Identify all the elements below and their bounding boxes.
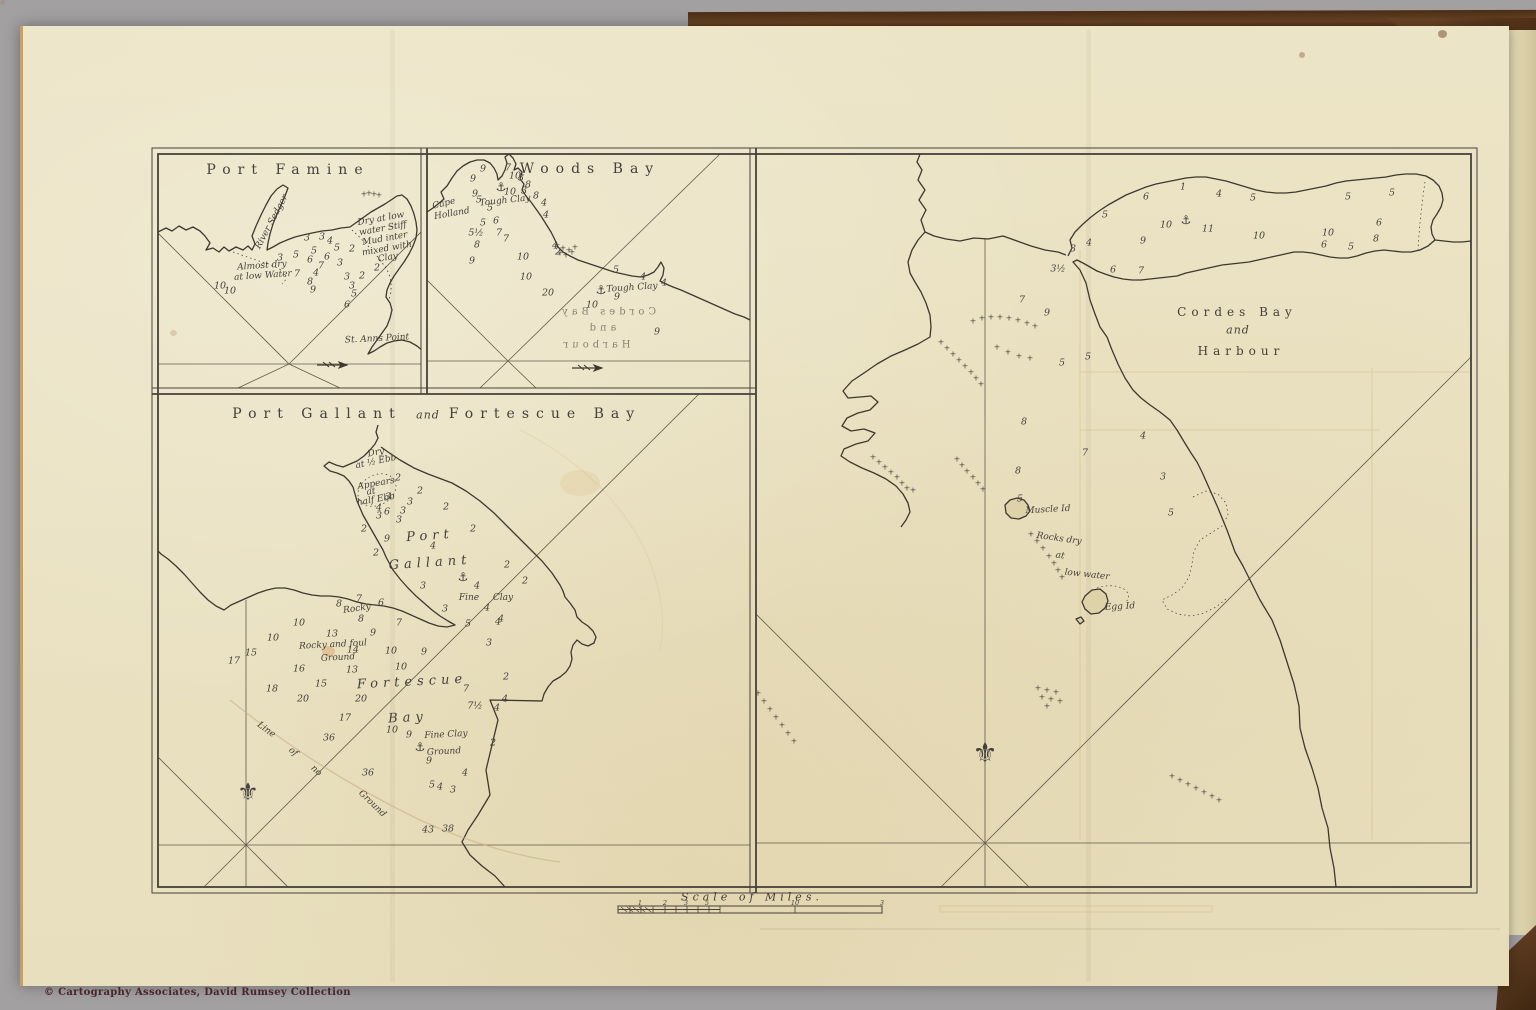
compass-fly-icon xyxy=(317,362,602,371)
copyright-notice: © Cartography Associates, David Rumsey C… xyxy=(44,987,351,998)
rhumb-lines xyxy=(158,154,1471,887)
port-gallant-coast xyxy=(158,425,596,887)
cordes-bay-coast xyxy=(841,154,1471,887)
coastlines xyxy=(158,154,1471,887)
chart-border xyxy=(152,148,1477,893)
chart-engraving xyxy=(0,0,1536,1010)
scale-bar xyxy=(618,906,882,913)
bleed-through-lines xyxy=(520,250,1470,912)
woods-bay-coast xyxy=(427,154,750,320)
map-scan: Port FamineWoods BayPort GallantandForte… xyxy=(0,0,1536,1010)
